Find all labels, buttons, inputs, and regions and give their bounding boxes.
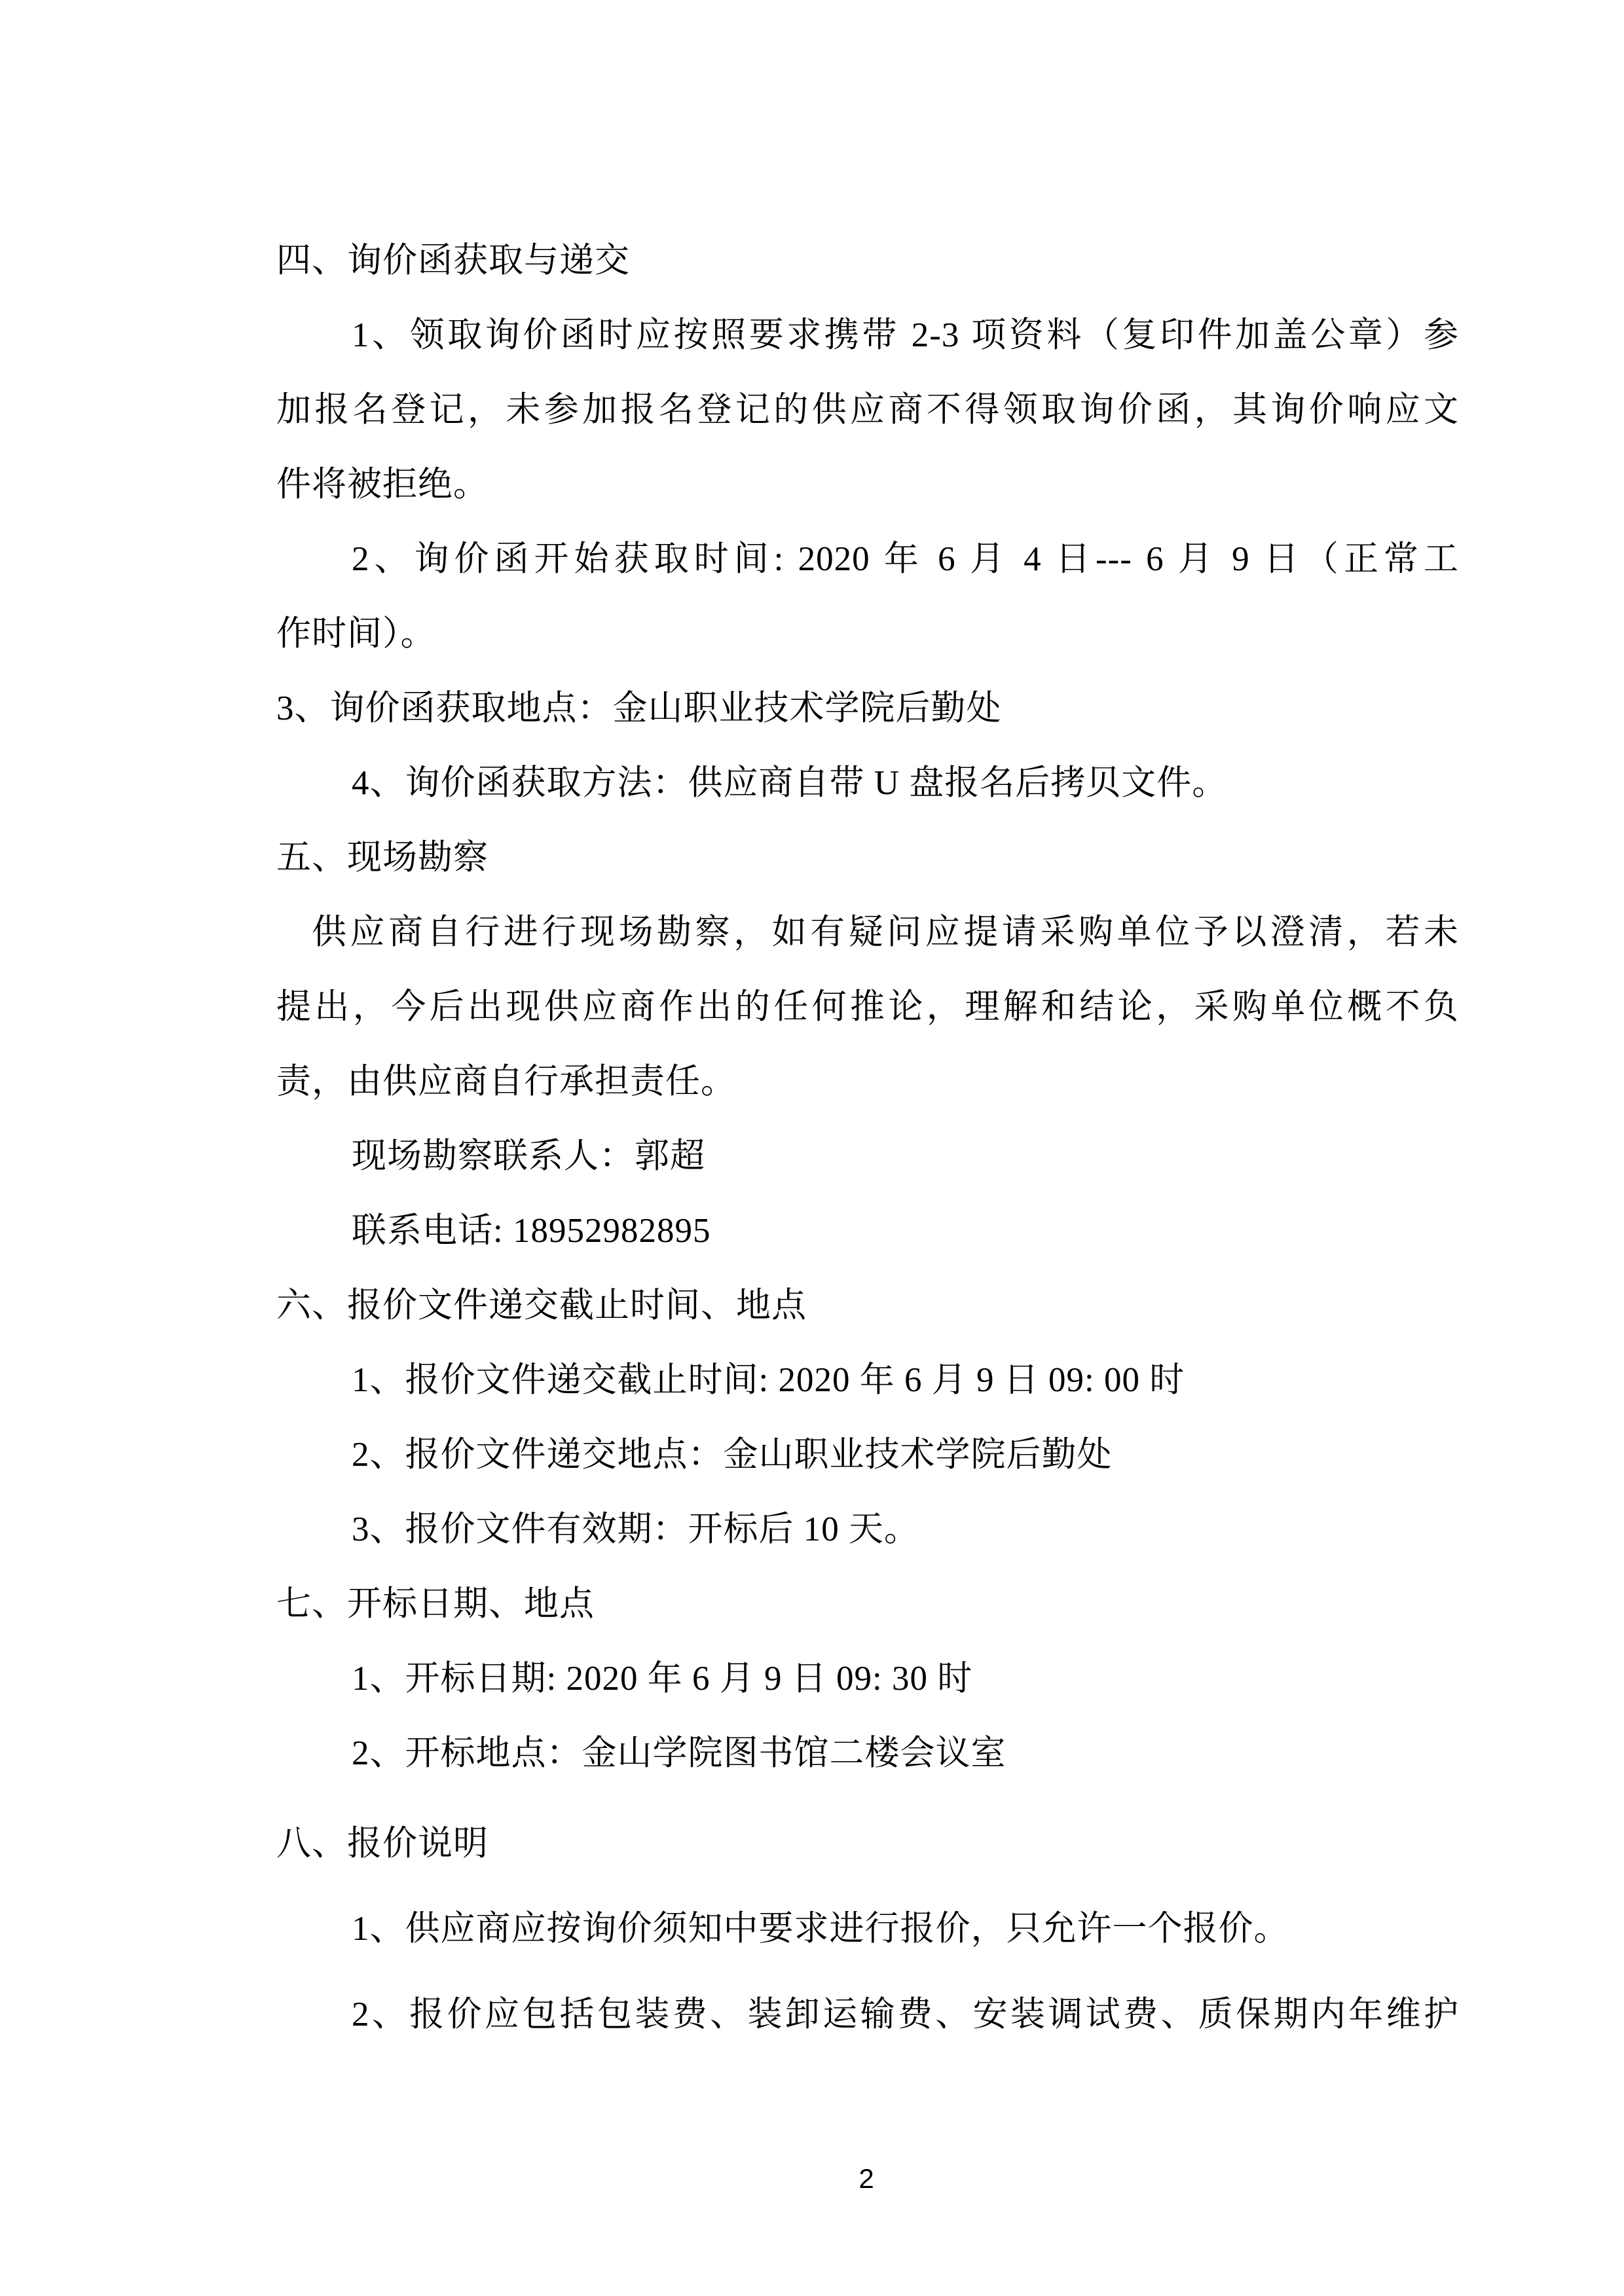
doc-line: 1、开标日期: 2020 年 6 月 9 日 09: 30 时 bbox=[276, 1641, 1459, 1716]
doc-line: 作时间）。 bbox=[276, 596, 1459, 671]
doc-line: 提出，今后出现供应商作出的任何推论，理解和结论，采购单位概不负 bbox=[276, 970, 1459, 1044]
section-heading-8: 八、报价说明 bbox=[276, 1806, 1459, 1881]
page-number: 2 bbox=[827, 2162, 906, 2196]
doc-line: 1、报价文件递交截止时间: 2020 年 6 月 9 日 09: 00 时 bbox=[276, 1343, 1459, 1417]
doc-line: 1、供应商应按询价须知中要求进行报价，只允许一个报价。 bbox=[276, 1891, 1459, 1966]
doc-line: 加报名登记，未参加报名登记的供应商不得领取询价函，其询价响应文 bbox=[276, 373, 1459, 447]
doc-line: 2、报价应包括包装费、装卸运输费、安装调试费、质保期内年维护 bbox=[276, 1977, 1459, 2052]
doc-line: 件将被拒绝。 bbox=[276, 447, 1459, 522]
doc-line: 2、询价函开始获取时间: 2020 年 6 月 4 日--- 6 月 9 日（正… bbox=[276, 522, 1459, 596]
doc-line: 3、报价文件有效期：开标后 10 天。 bbox=[276, 1492, 1459, 1567]
doc-line: 供应商自行进行现场勘察，如有疑问应提请采购单位予以澄清，若未 bbox=[276, 895, 1459, 970]
doc-line: 4、询价函获取方法：供应商自带 U 盘报名后拷贝文件。 bbox=[276, 746, 1459, 820]
doc-line: 现场勘察联系人：郭超 bbox=[276, 1119, 1459, 1194]
section-heading-4: 四、询价函获取与递交 bbox=[276, 223, 1459, 298]
document-page: 四、询价函获取与递交 1、领取询价函时应按照要求携带 2-3 项资料（复印件加盖… bbox=[0, 0, 1624, 2296]
section-heading-7: 七、开标日期、地点 bbox=[276, 1567, 1459, 1641]
document-body: 四、询价函获取与递交 1、领取询价函时应按照要求携带 2-3 项资料（复印件加盖… bbox=[276, 223, 1459, 2052]
doc-line: 责，由供应商自行承担责任。 bbox=[276, 1044, 1459, 1119]
doc-line: 3、询价函获取地点：金山职业技术学院后勤处 bbox=[276, 671, 1459, 746]
section-heading-6: 六、报价文件递交截止时间、地点 bbox=[276, 1268, 1459, 1343]
doc-line: 2、报价文件递交地点：金山职业技术学院后勤处 bbox=[276, 1417, 1459, 1492]
section-heading-5: 五、现场勘察 bbox=[276, 820, 1459, 895]
doc-line: 2、开标地点：金山学院图书馆二楼会议室 bbox=[276, 1716, 1459, 1791]
doc-line: 1、领取询价函时应按照要求携带 2-3 项资料（复印件加盖公章）参 bbox=[276, 298, 1459, 373]
doc-line: 联系电话: 18952982895 bbox=[276, 1194, 1459, 1268]
